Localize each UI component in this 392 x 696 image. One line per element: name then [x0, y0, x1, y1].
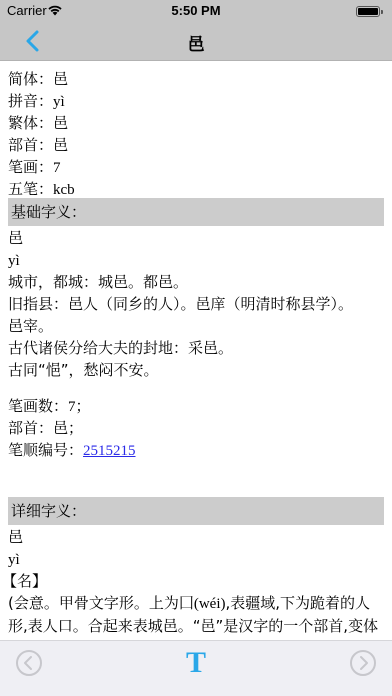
detailed-meaning-header: 详细字义：: [8, 497, 384, 525]
content-scroll-area[interactable]: 简体：邑 拼音：yì 繁体：邑 部首：邑 笔画：7 五笔：kcb 基础字义： 邑…: [0, 62, 392, 640]
basic-radical-label: 部首：: [8, 419, 53, 437]
detail-pinyin: yì: [8, 552, 20, 568]
pinyin-label: 拼音：: [8, 92, 53, 110]
basic-meaning-line: 邑宰。: [8, 315, 53, 337]
basic-char: 邑: [8, 227, 23, 249]
stroke-count-value: 7；: [68, 399, 91, 415]
simplified-label: 简体：: [8, 70, 53, 88]
bottom-toolbar: T: [0, 640, 392, 696]
wubi-label: 五笔：: [8, 180, 53, 198]
basic-meaning-line: 旧指县：邑人（同乡的人）。邑庠（明清时称县学）。: [8, 293, 353, 315]
stroke-count-label: 笔画数：: [8, 397, 68, 415]
wubi-value: kcb: [53, 182, 75, 198]
detail-text-1: (会意。甲骨文字形。上为囗: [8, 594, 194, 612]
page-title: 邑: [0, 30, 392, 55]
stroke-order-link[interactable]: 2515215: [83, 443, 136, 459]
traditional-label: 繁体：: [8, 114, 53, 132]
basic-meaning-line: 古同“悒”，愁闷不安。: [8, 359, 159, 381]
strokes-row: 笔画：7: [8, 156, 61, 179]
stroke-order-label: 笔顺编号：: [8, 441, 83, 459]
basic-meaning-header: 基础字义：: [8, 198, 384, 226]
simplified-value: 邑: [53, 70, 68, 88]
radical-label: 部首：: [8, 136, 53, 154]
detail-text-2: (wéi): [194, 596, 226, 612]
detail-pinyin-row: yì: [8, 548, 20, 571]
basic-radical-row: 部首：邑；: [8, 417, 83, 439]
font-size-button[interactable]: T: [176, 643, 216, 683]
basic-pinyin-row: yì: [8, 249, 20, 272]
basic-meaning-line: 古代诸侯分给大夫的封地：采邑。: [8, 337, 233, 359]
previous-button[interactable]: [15, 649, 43, 677]
traditional-row: 繁体：邑: [8, 112, 68, 134]
stroke-order-row: 笔顺编号：2515215: [8, 439, 136, 462]
basic-pinyin: yì: [8, 253, 20, 269]
pinyin-row: 拼音：yì: [8, 90, 65, 113]
simplified-row: 简体：邑: [8, 68, 68, 90]
traditional-value: 邑: [53, 114, 68, 132]
battery-icon: [356, 6, 380, 17]
basic-radical-value: 邑；: [53, 419, 83, 437]
navigation-bar: 邑: [0, 22, 392, 61]
clock: 5:50 PM: [0, 3, 392, 18]
strokes-value: 7: [53, 160, 61, 176]
basic-meaning-line: 城市，都城：城邑。都邑。: [8, 271, 188, 293]
radical-value: 邑: [53, 136, 68, 154]
detail-char: 邑: [8, 526, 23, 548]
radical-row: 部首：邑: [8, 134, 68, 156]
pinyin-value: yì: [53, 94, 65, 110]
detail-paragraph: (会意。甲骨文字形。上为囗(wéi),表疆域,下为跪着的人形,表人口。合起来表城…: [8, 592, 388, 640]
next-button[interactable]: [349, 649, 377, 677]
status-bar: Carrier 5:50 PM: [0, 0, 392, 22]
stroke-count-row: 笔画数：7；: [8, 395, 91, 418]
part-of-speech: 【名】: [2, 570, 47, 592]
strokes-label: 笔画：: [8, 158, 53, 176]
